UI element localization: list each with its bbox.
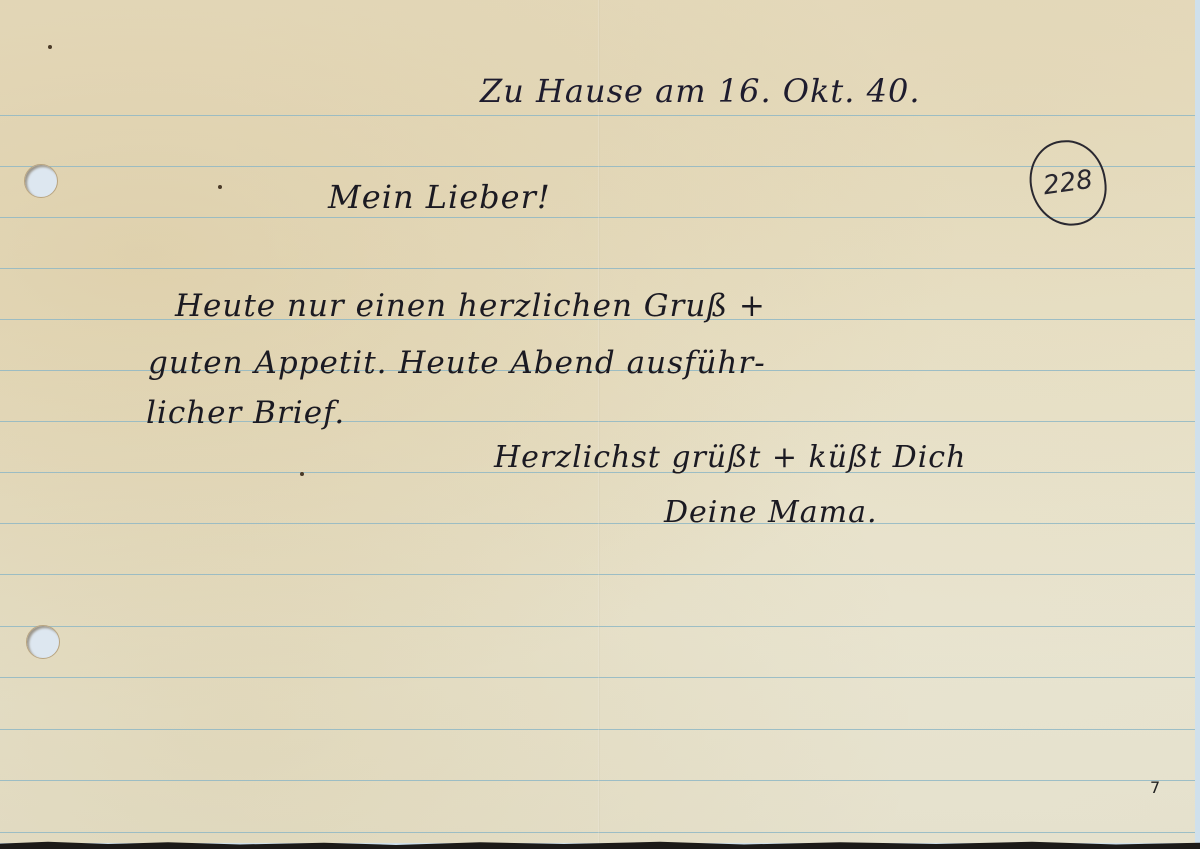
- paper-fold: [598, 0, 600, 843]
- letter-closing: Herzlichst grüßt + küßt Dich: [494, 440, 966, 475]
- punch-hole-icon: [24, 164, 58, 198]
- punch-hole-icon: [26, 625, 60, 659]
- letter-paper: Zu Hause am 16. Okt. 40. 228 Mein Lieber…: [0, 0, 1195, 843]
- ink-speck: [300, 472, 304, 476]
- letter-salutation: Mein Lieber!: [328, 178, 551, 216]
- archive-number: 228: [1041, 165, 1094, 202]
- letter-date: Zu Hause am 16. Okt. 40.: [480, 72, 921, 110]
- letter-body-line: Heute nur einen herzlichen Gruß +: [175, 288, 766, 324]
- page-mark: 7: [1150, 778, 1160, 797]
- letter-body-line: guten Appetit. Heute Abend ausführ-: [148, 345, 766, 381]
- letter-signature: Deine Mama.: [664, 495, 878, 530]
- ink-speck: [218, 185, 222, 189]
- ink-speck: [48, 45, 52, 49]
- letter-body-line: licher Brief.: [146, 395, 345, 431]
